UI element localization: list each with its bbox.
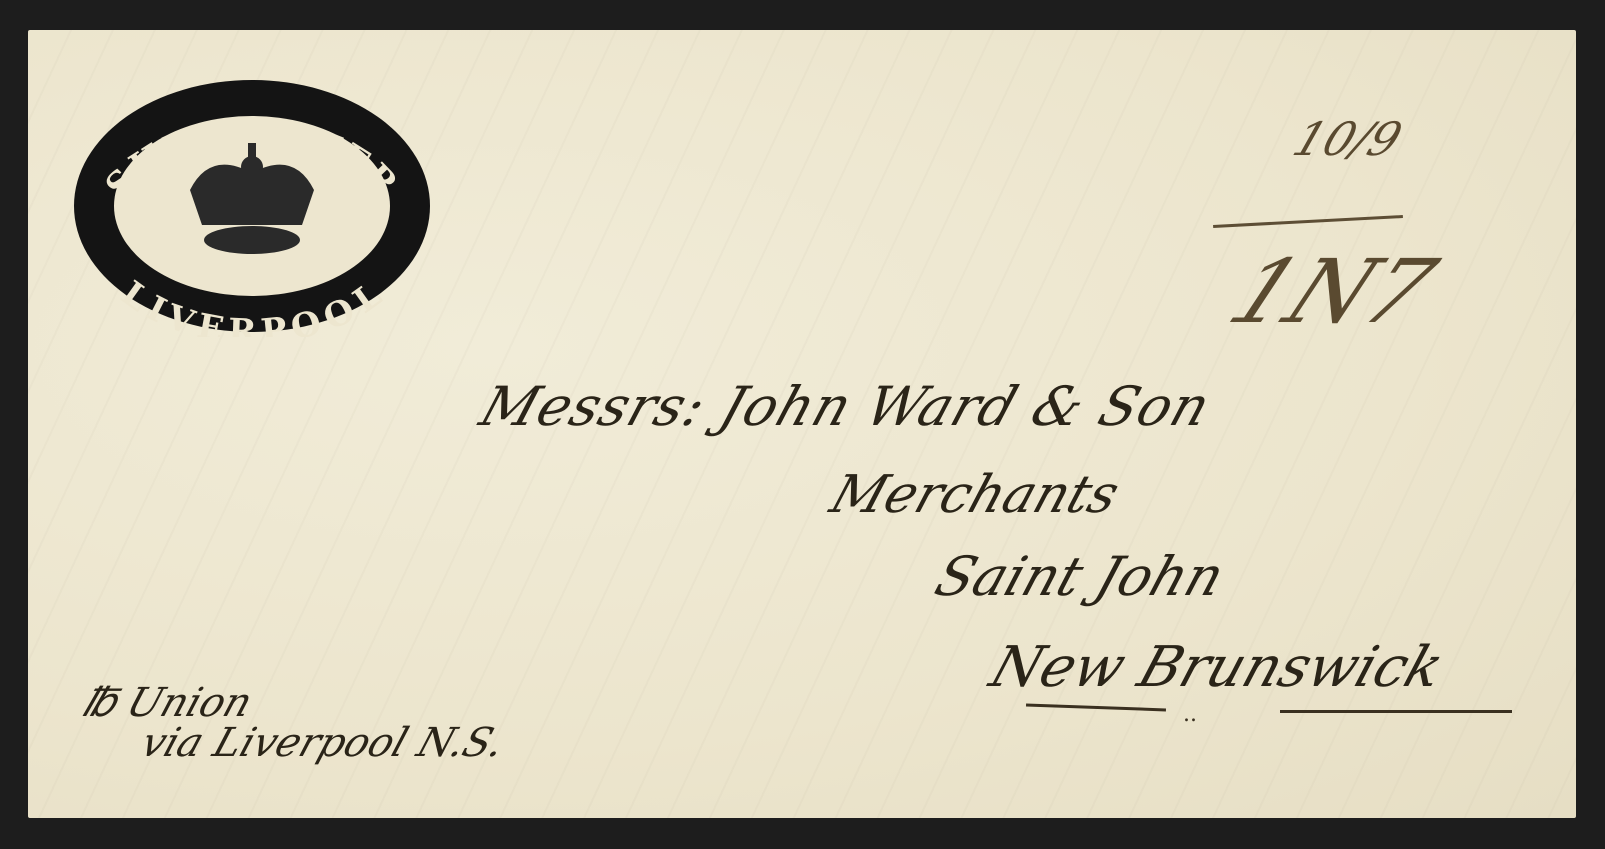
address-line-4: New Brunswick [982, 635, 1451, 700]
address-line-2: Merchants [823, 465, 1126, 525]
underline-dots: .. [1183, 702, 1197, 727]
rate-marking-lower: 1N7 [1214, 240, 1451, 343]
address-underline [1026, 704, 1166, 712]
address-underline [1280, 710, 1512, 713]
ship-letter-handstamp: SHIP LETTER LIVERPOOL [70, 75, 435, 337]
routing-note-line-2: via Liverpool N.S. [136, 720, 511, 766]
oval-stamp-icon: SHIP LETTER LIVERPOOL [70, 75, 435, 337]
letter-cover: SHIP LETTER LIVERPOOL 10/9 1N7 Messrs: J… [28, 30, 1576, 818]
address-line-1: Messrs: John Ward & Son [473, 375, 1219, 438]
address-line-3: Saint John [928, 545, 1232, 608]
rate-marking-upper: 10/9 [1286, 112, 1409, 166]
rate-divider [1213, 215, 1403, 228]
